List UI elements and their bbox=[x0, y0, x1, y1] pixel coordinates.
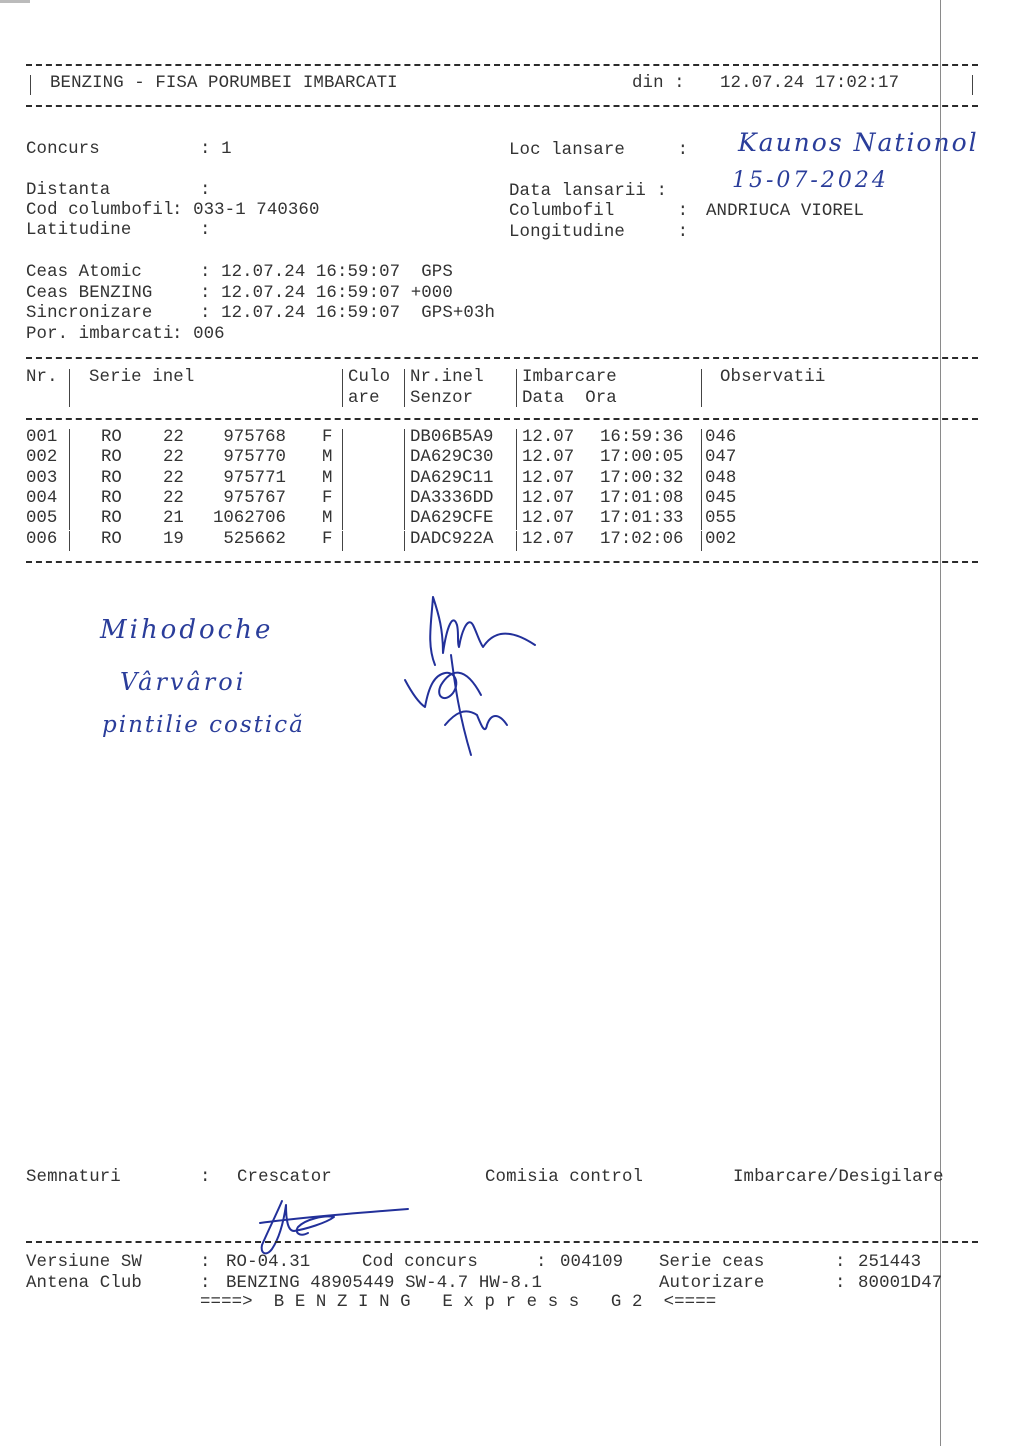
cell-obs: 055 bbox=[705, 509, 736, 529]
col-culoare-header-2: are bbox=[348, 389, 380, 409]
semnatura-comisia-label: Comisia control bbox=[485, 1168, 643, 1188]
column-divider bbox=[516, 470, 517, 490]
cell-data: 12.07 bbox=[522, 428, 574, 448]
cell-ora: 17:00:05 bbox=[600, 448, 684, 468]
antena-club-label: Antena Club bbox=[26, 1274, 142, 1294]
loc-lansare-label: Loc lansare : bbox=[509, 141, 688, 161]
sincronizare-label: Sincronizare bbox=[26, 304, 184, 324]
col-observatii-header: Observatii bbox=[720, 368, 825, 388]
semnatura-crescator-label: Crescator bbox=[237, 1168, 332, 1188]
ceas-atomic-label: Ceas Atomic bbox=[26, 263, 184, 283]
handwritten-name-1: Mihodoche bbox=[100, 615, 273, 645]
serie-ceas-value: 251443 bbox=[858, 1253, 921, 1273]
data-lansarii-label: Data lansarii : bbox=[509, 182, 667, 202]
benzing-express-banner: ====> B E N Z I N G E x p r e s s G 2 <=… bbox=[200, 1293, 716, 1313]
column-divider bbox=[342, 429, 343, 449]
cell-data: 12.07 bbox=[522, 448, 574, 468]
cell-obs: 046 bbox=[705, 428, 736, 448]
ceas-benzing-label: Ceas BENZING bbox=[26, 284, 184, 304]
autorizare-value: 80001D47 bbox=[858, 1274, 942, 1294]
latitudine-value: : bbox=[200, 221, 211, 241]
col-serie-header: Serie inel bbox=[89, 368, 194, 388]
col-imbarcare-header: Imbarcare bbox=[522, 368, 617, 388]
header-divider bbox=[342, 369, 343, 407]
col-culoare-header: Culo bbox=[348, 368, 390, 388]
cell-numar: 975771 bbox=[86, 469, 286, 489]
semnaturi-label: Semnaturi bbox=[26, 1168, 121, 1188]
cell-nr: 003 bbox=[26, 469, 57, 489]
header-timestamp: 12.07.24 17:02:17 bbox=[720, 74, 899, 94]
column-divider bbox=[701, 510, 702, 530]
cell-sex: M bbox=[322, 509, 332, 529]
column-divider bbox=[701, 449, 702, 469]
cell-senzor: DB06B5A9 bbox=[410, 428, 494, 448]
concurs-value: : 1 bbox=[200, 140, 232, 160]
por-imbarcati-value: : 006 bbox=[172, 325, 225, 345]
cell-nr: 002 bbox=[26, 448, 57, 468]
column-divider bbox=[69, 531, 70, 551]
cell-sex: M bbox=[322, 448, 332, 468]
semnaturi-colon: : bbox=[200, 1168, 211, 1188]
cell-sex: F bbox=[322, 489, 332, 509]
antena-club-colon: : bbox=[200, 1274, 211, 1294]
cell-nr: 004 bbox=[26, 489, 57, 509]
cell-ora: 17:00:32 bbox=[600, 469, 684, 489]
header-divider bbox=[701, 369, 702, 407]
cell-obs: 045 bbox=[705, 489, 736, 509]
antena-club-value: BENZING 48905449 SW-4.7 HW-8.1 bbox=[226, 1274, 542, 1294]
cell-sex: M bbox=[322, 469, 332, 489]
cell-senzor: DADC922A bbox=[410, 530, 494, 550]
cell-obs: 047 bbox=[705, 448, 736, 468]
cell-data: 12.07 bbox=[522, 469, 574, 489]
column-divider bbox=[342, 470, 343, 490]
cell-ora: 17:01:08 bbox=[600, 489, 684, 509]
cell-ora: 16:59:36 bbox=[600, 428, 684, 448]
column-divider bbox=[404, 449, 405, 469]
sincronizare-value: : 12.07.24 16:59:07 GPS+03h bbox=[200, 304, 495, 324]
col-senzor-header: Nr.inel bbox=[410, 368, 484, 388]
column-divider bbox=[404, 429, 405, 449]
latitudine-label: Latitudine bbox=[26, 221, 195, 241]
column-divider bbox=[404, 531, 405, 551]
cell-data: 12.07 bbox=[522, 509, 574, 529]
serie-ceas-colon: : bbox=[835, 1253, 846, 1273]
column-divider bbox=[404, 470, 405, 490]
distanta-label: Distanta bbox=[26, 181, 195, 201]
header-top-rule bbox=[26, 64, 978, 66]
header-right-border bbox=[972, 75, 973, 95]
cell-data: 12.07 bbox=[522, 489, 574, 509]
cell-data: 12.07 bbox=[522, 530, 574, 550]
column-divider bbox=[404, 490, 405, 510]
header-divider bbox=[516, 369, 517, 407]
distanta-value: : bbox=[200, 181, 211, 201]
columbofil-label: Columbofil : bbox=[509, 202, 688, 222]
column-divider bbox=[342, 449, 343, 469]
col-nr-header: Nr. bbox=[26, 368, 58, 388]
scan-fold-line bbox=[940, 0, 941, 1446]
header-left-border bbox=[30, 75, 31, 95]
column-divider bbox=[69, 490, 70, 510]
serie-ceas-label: Serie ceas bbox=[659, 1253, 764, 1273]
column-divider bbox=[516, 490, 517, 510]
table-header-rule bbox=[26, 418, 978, 420]
column-divider bbox=[516, 449, 517, 469]
column-divider bbox=[404, 510, 405, 530]
cell-senzor: DA629C30 bbox=[410, 448, 494, 468]
column-divider bbox=[516, 531, 517, 551]
column-divider bbox=[516, 510, 517, 530]
handwritten-name-2: Vârvâroi bbox=[120, 668, 246, 696]
cell-sex: F bbox=[322, 428, 332, 448]
table-bottom-rule bbox=[26, 561, 978, 563]
column-divider bbox=[342, 510, 343, 530]
cell-nr: 005 bbox=[26, 509, 57, 529]
versiune-sw-label: Versiune SW bbox=[26, 1253, 142, 1273]
cell-ora: 17:01:33 bbox=[600, 509, 684, 529]
por-imbarcati-label: Por. imbarcati bbox=[26, 325, 174, 345]
handwritten-name-3: pintilie costică bbox=[102, 712, 305, 738]
col-imbarcare-header-2: Data Ora bbox=[522, 389, 617, 409]
columbofil-value: ANDRIUCA VIOREL bbox=[706, 202, 864, 222]
cod-concurs-label: Cod concurs bbox=[362, 1253, 478, 1273]
scan-artifact bbox=[0, 0, 30, 3]
versiune-sw-colon: : bbox=[200, 1253, 211, 1273]
column-divider bbox=[342, 490, 343, 510]
cell-sex: F bbox=[322, 530, 332, 550]
cod-columbofil-label: Cod columbofil bbox=[26, 201, 174, 221]
cell-obs: 002 bbox=[705, 530, 736, 550]
column-divider bbox=[69, 470, 70, 490]
handwritten-signature-committee bbox=[395, 585, 555, 765]
cell-senzor: DA629CFE bbox=[410, 509, 494, 529]
versiune-sw-value: RO-04.31 bbox=[226, 1253, 310, 1273]
concurs-label: Concurs bbox=[26, 140, 195, 160]
cell-senzor: DA629C11 bbox=[410, 469, 494, 489]
column-divider bbox=[701, 429, 702, 449]
header-divider bbox=[404, 369, 405, 407]
cod-concurs-colon: : bbox=[536, 1253, 547, 1273]
header-bottom-rule bbox=[26, 105, 978, 107]
cell-senzor: DA3336DD bbox=[410, 489, 494, 509]
autorizare-label: Autorizare bbox=[659, 1274, 764, 1294]
cod-concurs-value: 004109 bbox=[560, 1253, 623, 1273]
header-divider bbox=[69, 369, 70, 407]
column-divider bbox=[69, 510, 70, 530]
column-divider bbox=[516, 429, 517, 449]
semnatura-imbarcare-label: Imbarcare/Desigilare bbox=[733, 1168, 944, 1188]
cell-numar: 975767 bbox=[86, 489, 286, 509]
cell-nr: 006 bbox=[26, 530, 57, 550]
longitudine-label: Longitudine : bbox=[509, 223, 688, 243]
cod-columbofil-value: : 033-1 740360 bbox=[172, 201, 320, 221]
table-top-rule bbox=[26, 357, 978, 359]
column-divider bbox=[69, 429, 70, 449]
header-din-label: din : bbox=[632, 74, 685, 94]
cell-obs: 048 bbox=[705, 469, 736, 489]
loc-lansare-handwritten: Kaunos Nationol bbox=[738, 128, 979, 157]
column-divider bbox=[342, 531, 343, 551]
column-divider bbox=[701, 490, 702, 510]
col-senzor-header-2: Senzor bbox=[410, 389, 473, 409]
cell-numar: 525662 bbox=[86, 530, 286, 550]
data-lansarii-handwritten: 15-07-2024 bbox=[732, 168, 889, 193]
column-divider bbox=[701, 470, 702, 490]
column-divider bbox=[69, 449, 70, 469]
footer-top-rule bbox=[26, 1241, 978, 1243]
page-title: BENZING - FISA PORUMBEI IMBARCATI bbox=[50, 74, 398, 94]
cell-numar: 1062706 bbox=[86, 509, 286, 529]
ceas-benzing-value: : 12.07.24 16:59:07 +000 bbox=[200, 284, 453, 304]
cell-ora: 17:02:06 bbox=[600, 530, 684, 550]
autorizare-colon: : bbox=[835, 1274, 846, 1294]
cell-numar: 975768 bbox=[86, 428, 286, 448]
column-divider bbox=[701, 531, 702, 551]
cell-nr: 001 bbox=[26, 428, 57, 448]
ceas-atomic-value: : 12.07.24 16:59:07 GPS bbox=[200, 263, 453, 283]
cell-numar: 975770 bbox=[86, 448, 286, 468]
